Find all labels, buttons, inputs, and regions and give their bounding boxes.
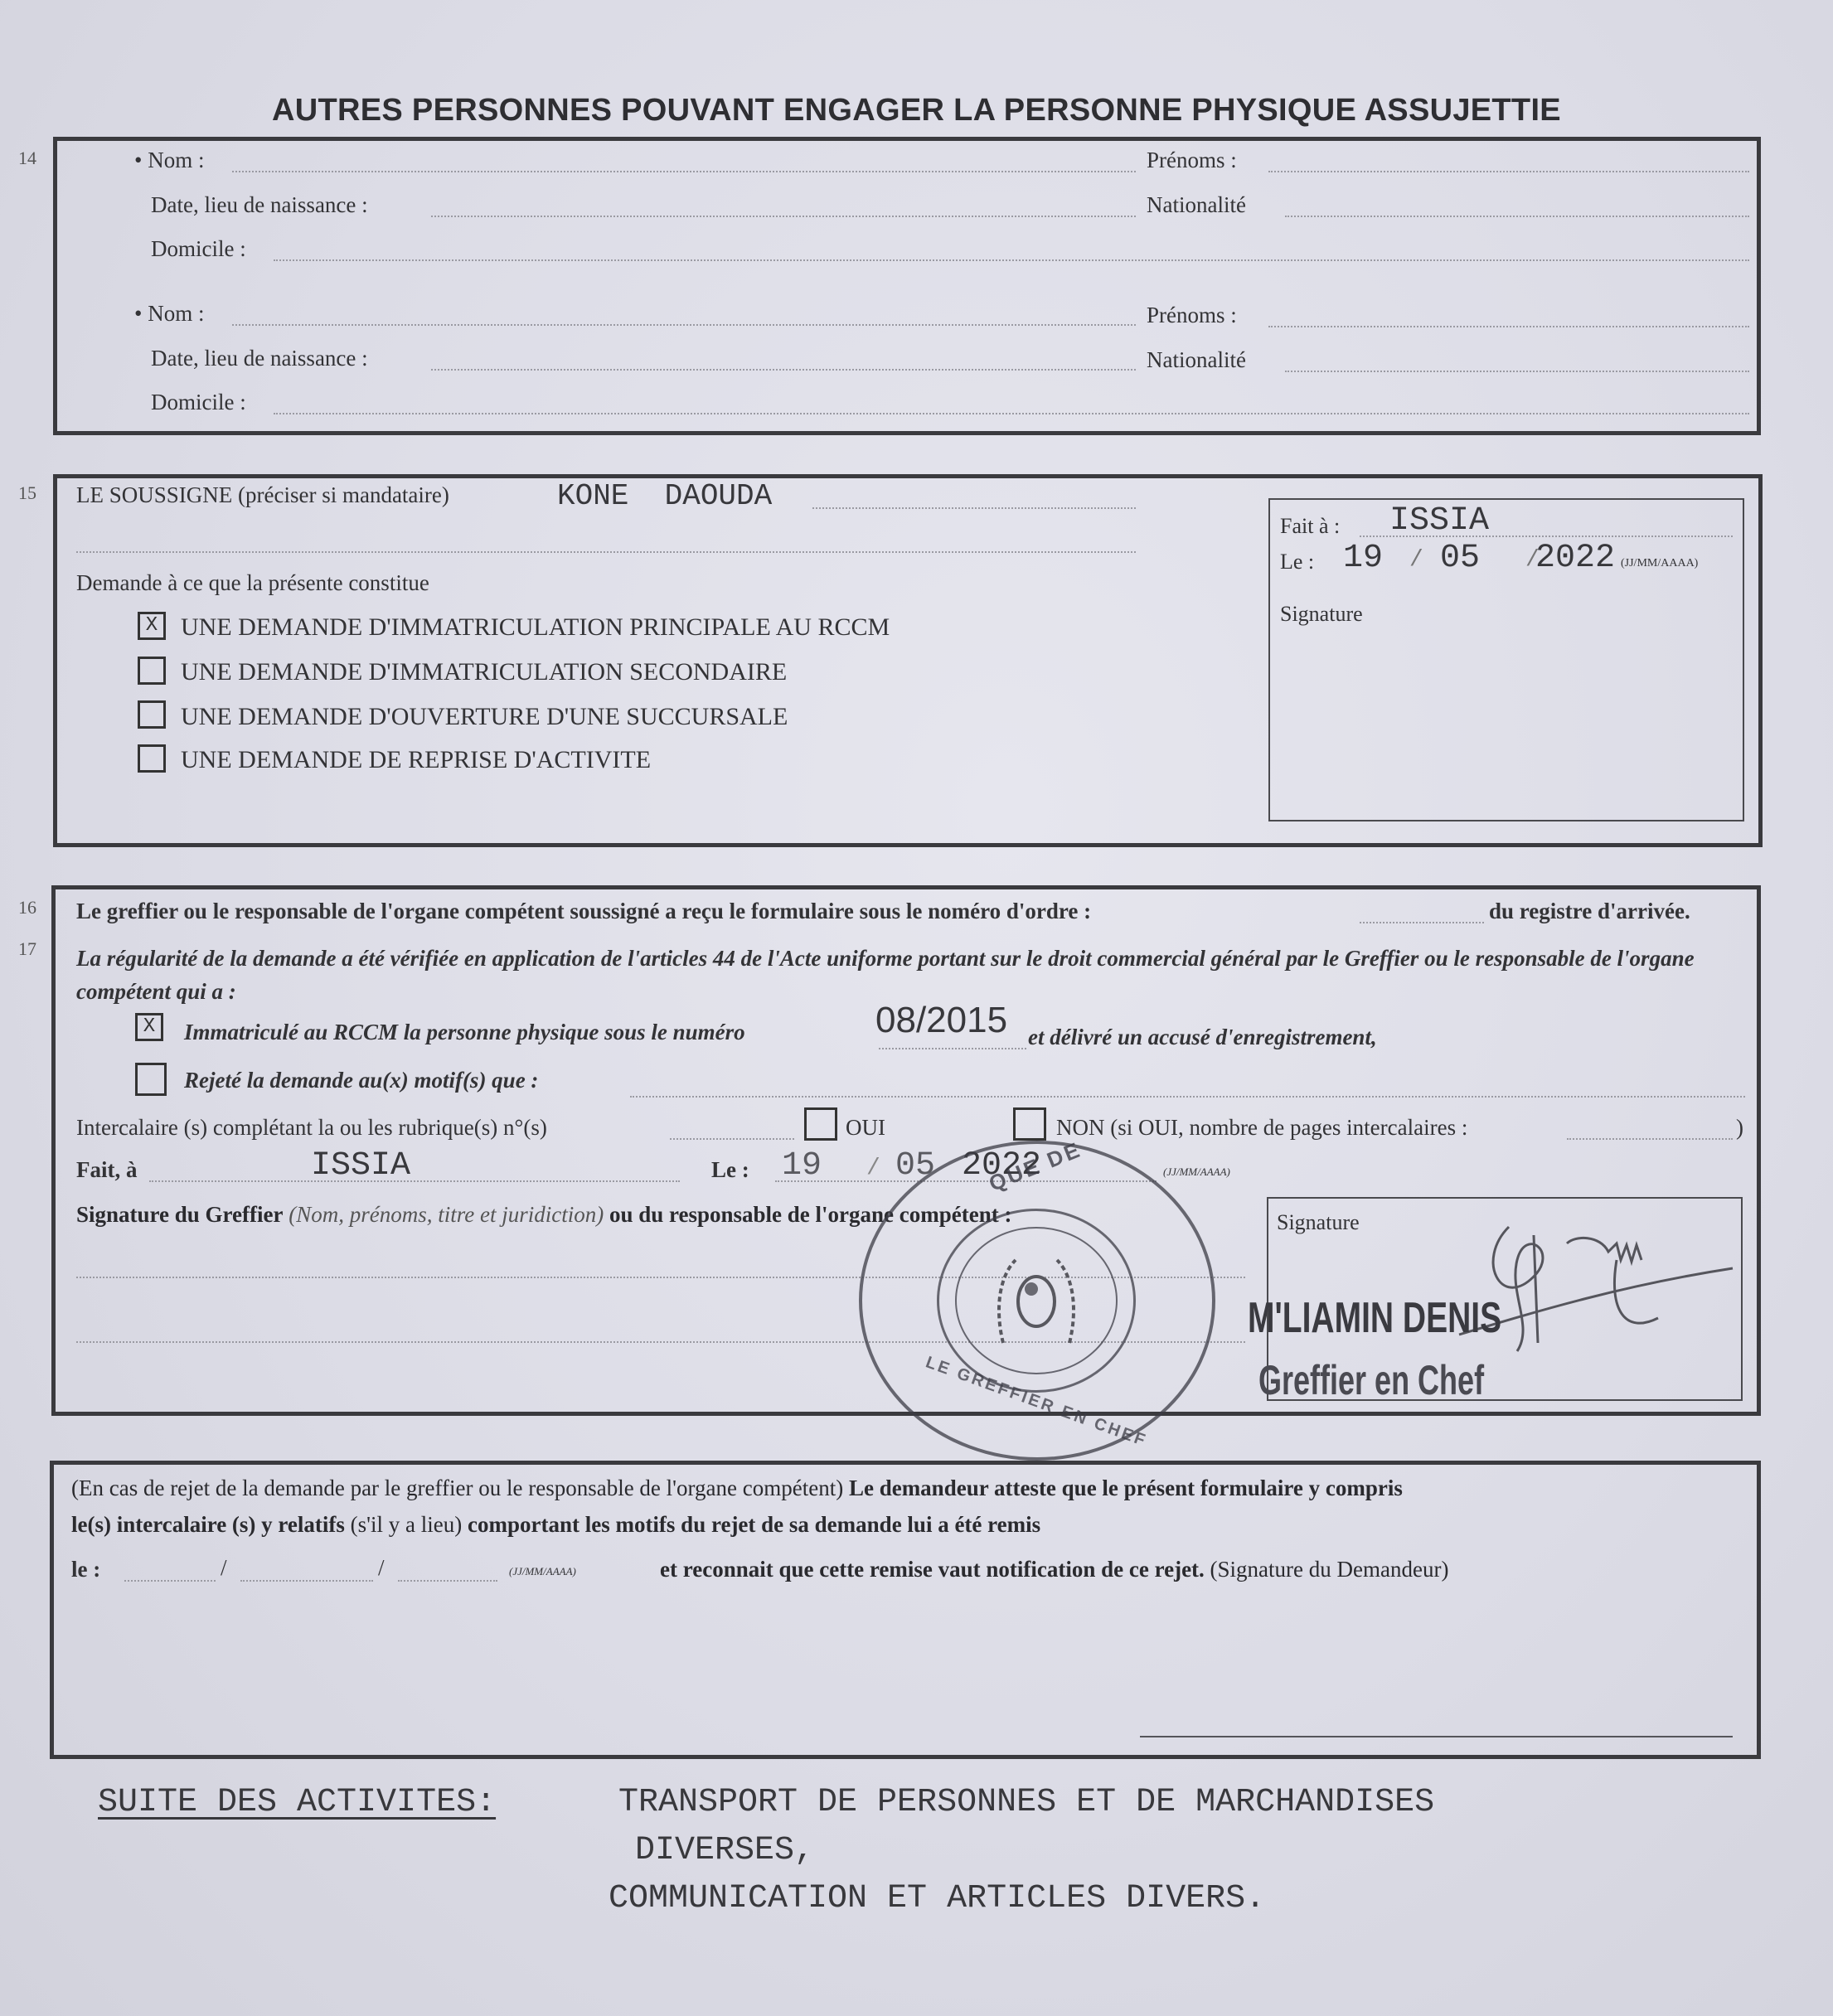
fait-a-greffe-label: Fait, à bbox=[76, 1157, 138, 1183]
non-label: NON (si OUI, nombre de pages intercalair… bbox=[1056, 1115, 1467, 1141]
greffier-signature-caption: Signature du Greffier (Nom, prénoms, tit… bbox=[76, 1202, 1011, 1228]
section-number-14: 14 bbox=[18, 148, 36, 169]
person2-naissance-field[interactable] bbox=[431, 369, 1136, 371]
soussigne-field-line2[interactable] bbox=[76, 551, 1136, 553]
immatricule-after: et délivré un accusé d'enregistrement, bbox=[1028, 1025, 1377, 1050]
person2-prenoms-field[interactable] bbox=[1268, 326, 1749, 327]
greffe-date-sep-1: / bbox=[866, 1156, 880, 1181]
activities-label: SUITE DES ACTIVITES: bbox=[98, 1784, 496, 1821]
rejete-reason-field[interactable] bbox=[630, 1096, 1745, 1098]
activities-line-1: TRANSPORT DE PERSONNES ET DE MARCHANDISE… bbox=[618, 1784, 1434, 1821]
option-succursale-checkbox[interactable] bbox=[138, 700, 166, 729]
fait-a-field bbox=[1360, 535, 1733, 537]
option-reprise-checkbox[interactable] bbox=[138, 744, 166, 773]
demandeur-signature-line[interactable] bbox=[1140, 1736, 1733, 1737]
demande-label: Demande à ce que la présente constitue bbox=[76, 570, 429, 596]
soussigne-value[interactable]: KONE DAOUDA bbox=[557, 479, 772, 513]
stamp-arc-label-top: QUE DE bbox=[985, 1136, 1085, 1197]
person2-domicile-label: Domicile : bbox=[151, 390, 246, 415]
received-text: Le greffier ou le responsable de l'organ… bbox=[76, 899, 1091, 924]
date-year[interactable]: 2022 bbox=[1535, 540, 1615, 577]
section-number-17: 17 bbox=[18, 938, 36, 960]
section-number-16: 16 bbox=[18, 897, 36, 918]
person1-nom-label: • Nom : bbox=[134, 148, 204, 173]
activities-line-2: DIVERSES, bbox=[635, 1832, 814, 1869]
person1-domicile-label: Domicile : bbox=[151, 236, 246, 262]
oui-checkbox[interactable] bbox=[804, 1107, 837, 1141]
coat-of-arms-icon bbox=[978, 1243, 1094, 1359]
page-title: AUTRES PERSONNES POUVANT ENGAGER LA PERS… bbox=[0, 93, 1833, 128]
date-le-label: Le : bbox=[1280, 550, 1314, 574]
person1-nationalite-field[interactable] bbox=[1285, 216, 1749, 217]
person2-nom-field[interactable] bbox=[232, 324, 1136, 326]
greffier-caption-bold1: Signature du Greffier bbox=[76, 1202, 284, 1227]
person1-nom-field[interactable] bbox=[232, 171, 1136, 172]
non-close-paren: ) bbox=[1736, 1115, 1743, 1141]
rejete-checkbox[interactable] bbox=[135, 1063, 167, 1096]
rejection-line2-bold2: comportant les motifs du rejet de sa dem… bbox=[468, 1512, 1040, 1537]
section-14-other-persons bbox=[53, 137, 1761, 435]
fait-a-greffe-field bbox=[149, 1180, 680, 1182]
declarant-signature-area[interactable] bbox=[1277, 638, 1733, 812]
rejection-date-sep-2: / bbox=[378, 1555, 385, 1581]
rejection-line-3: et reconnait que cette remise vaut notif… bbox=[660, 1557, 1448, 1582]
section-number-15: 15 bbox=[18, 482, 36, 504]
rejection-date-month[interactable] bbox=[240, 1580, 373, 1582]
date-format-hint: (JJ/MM/AAAA) bbox=[1621, 557, 1698, 570]
option-principale-label: UNE DEMANDE D'IMMATRICULATION PRINCIPALE… bbox=[181, 613, 890, 642]
greffe-date-format: (JJ/MM/AAAA) bbox=[1163, 1165, 1230, 1179]
rejection-line3-bold: et reconnait que cette remise vaut notif… bbox=[660, 1557, 1205, 1582]
order-number-field[interactable] bbox=[1360, 922, 1484, 923]
person2-domicile-field[interactable] bbox=[274, 413, 1749, 414]
immatricule-label: Immatriculé au RCCM la personne physique… bbox=[184, 1020, 745, 1045]
greffier-caption-italic: (Nom, prénoms, titre et juridiction) bbox=[289, 1202, 604, 1227]
date-day[interactable]: 19 bbox=[1343, 540, 1383, 577]
rejection-notice-section bbox=[50, 1461, 1761, 1759]
oui-label: OUI bbox=[846, 1115, 885, 1141]
rejection-date-year[interactable] bbox=[398, 1580, 497, 1582]
fait-a-value[interactable]: ISSIA bbox=[1389, 502, 1489, 540]
rejection-line-2: le(s) intercalaire (s) y relatifs (s'il … bbox=[71, 1512, 1040, 1538]
rejection-date-day[interactable] bbox=[124, 1580, 216, 1582]
rejection-line3-normal: (Signature du Demandeur) bbox=[1210, 1557, 1449, 1582]
non-checkbox[interactable] bbox=[1013, 1107, 1046, 1141]
person2-nom-label: • Nom : bbox=[134, 301, 204, 327]
received-text-after: du registre d'arrivée. bbox=[1489, 899, 1690, 924]
rejection-date-label: le : bbox=[71, 1557, 100, 1582]
immatricule-checkbox[interactable]: X bbox=[135, 1013, 163, 1041]
rejection-line1-bold: Le demandeur atteste que le présent form… bbox=[849, 1476, 1403, 1500]
person2-prenoms-label: Prénoms : bbox=[1147, 303, 1237, 328]
greffier-signature-label: Signature bbox=[1277, 1210, 1360, 1235]
rejection-date-format: (JJ/MM/AAAA) bbox=[509, 1565, 576, 1578]
greffe-date-day[interactable]: 19 bbox=[782, 1147, 822, 1185]
rejection-line-1: (En cas de rejet de la demande par le gr… bbox=[71, 1476, 1403, 1501]
regularity-text: La régularité de la demande a été vérifi… bbox=[76, 942, 1743, 1008]
option-secondaire-label: UNE DEMANDE D'IMMATRICULATION SECONDAIRE bbox=[181, 658, 787, 686]
le-greffe-label: Le : bbox=[711, 1157, 749, 1183]
option-secondaire-checkbox[interactable] bbox=[138, 657, 166, 685]
date-sep-1: / bbox=[1409, 547, 1423, 573]
rejection-date-sep-1: / bbox=[221, 1555, 227, 1581]
fait-a-greffe-value[interactable]: ISSIA bbox=[311, 1147, 410, 1185]
rejection-line1-normal: (En cas de rejet de la demande par le gr… bbox=[71, 1476, 843, 1500]
date-month[interactable]: 05 bbox=[1440, 540, 1480, 577]
rejection-line2-normal: (s'il y a lieu) bbox=[351, 1512, 463, 1537]
person1-prenoms-label: Prénoms : bbox=[1147, 148, 1237, 173]
fait-a-label: Fait à : bbox=[1280, 514, 1340, 539]
intercalaire-label: Intercalaire (s) complétant la ou les ru… bbox=[76, 1115, 547, 1141]
immatricule-number[interactable]: 08/2015 bbox=[875, 1000, 1007, 1041]
rejection-line2-bold1: le(s) intercalaire (s) y relatifs bbox=[71, 1512, 345, 1537]
signatory-title: Greffier en Chef bbox=[1258, 1356, 1484, 1404]
option-succursale-label: UNE DEMANDE D'OUVERTURE D'UNE SUCCURSALE bbox=[181, 703, 788, 731]
person1-nationalite-label: Nationalité bbox=[1147, 192, 1246, 218]
immatricule-number-field bbox=[879, 1048, 1026, 1049]
option-principale-checkbox[interactable]: X bbox=[138, 612, 166, 640]
person1-naissance-field[interactable] bbox=[431, 216, 1136, 217]
person2-nationalite-label: Nationalité bbox=[1147, 347, 1246, 373]
soussigne-label: LE SOUSSIGNE (préciser si mandataire) bbox=[76, 482, 449, 508]
official-stamp: RÉPUBLIQUE DE CÔTE D'IVOIRE ★ SECTION DE… bbox=[859, 1141, 1215, 1461]
signatory-name: M'LIAMIN DENIS bbox=[1248, 1293, 1501, 1343]
intercalaire-field[interactable] bbox=[670, 1138, 794, 1140]
rejete-label: Rejeté la demande au(x) motif(s) que : bbox=[184, 1068, 538, 1093]
person2-nationalite-field[interactable] bbox=[1285, 371, 1749, 372]
person1-naissance-label: Date, lieu de naissance : bbox=[151, 192, 368, 218]
option-reprise-label: UNE DEMANDE DE REPRISE D'ACTIVITE bbox=[181, 746, 651, 774]
soussigne-field-line1 bbox=[812, 507, 1136, 509]
signature-label: Signature bbox=[1280, 602, 1363, 627]
pages-intercalaires-field[interactable] bbox=[1567, 1138, 1733, 1140]
person1-prenoms-field[interactable] bbox=[1268, 171, 1749, 172]
person2-naissance-label: Date, lieu de naissance : bbox=[151, 346, 368, 371]
person1-domicile-field[interactable] bbox=[274, 259, 1749, 261]
activities-line-3: COMMUNICATION ET ARTICLES DIVERS. bbox=[609, 1880, 1265, 1917]
